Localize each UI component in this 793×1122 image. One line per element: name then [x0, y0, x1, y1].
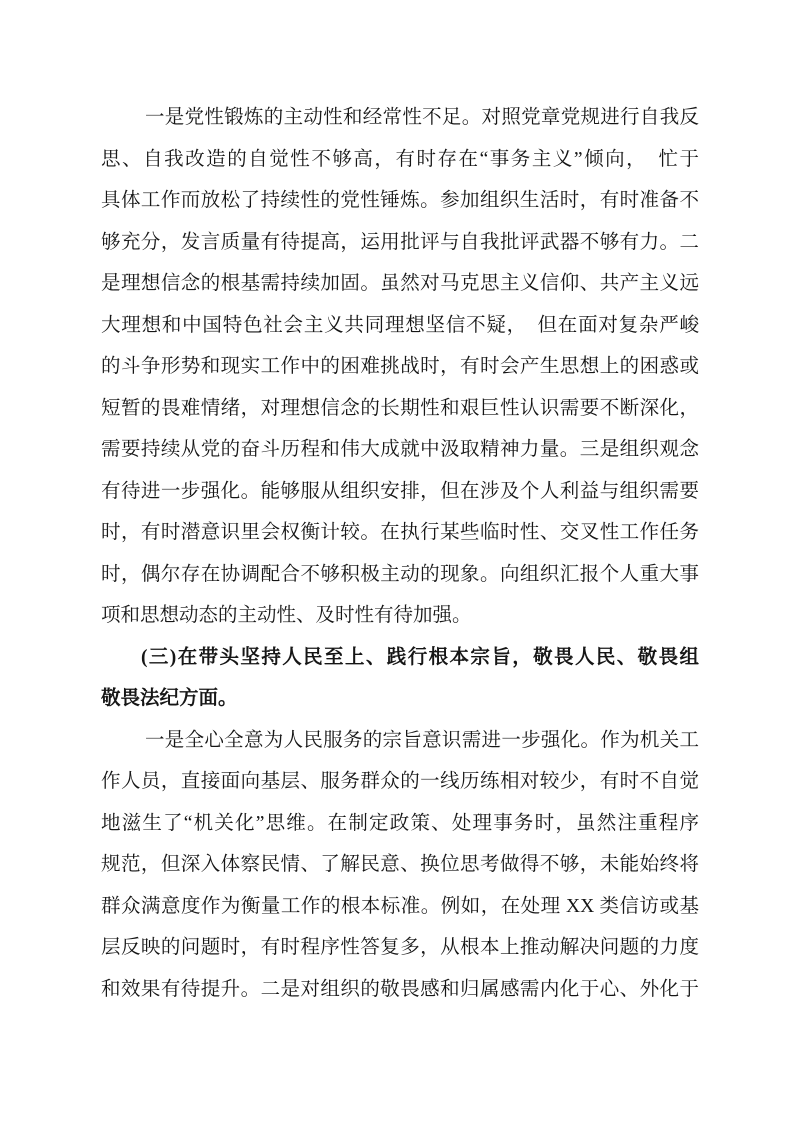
section-heading-3: (三)在带头坚持人民至上、践行根本宗旨，敬畏人民、敬畏组织、 敬畏法纪方面。	[101, 637, 699, 720]
text-line: 时，偶尔存在协调配合不够积极主动的现象。向组织汇报个人重大事	[101, 554, 699, 596]
document-page: 一是党性锻炼的主动性和经常性不足。对照党章党规进行自我反 思、自我改造的自觉性不…	[0, 0, 793, 1122]
text-line: 需要持续从党的奋斗历程和伟大成就中汲取精神力量。三是组织观念	[101, 429, 699, 471]
text-line: 具体工作而放松了持续性的党性锤炼。参加组织生活时，有时准备不	[101, 180, 699, 222]
text-line: 是理想信念的根基需持续加固。虽然对马克思主义信仰、共产主义远	[101, 263, 699, 305]
text-line: 一是全心全意为人民服务的宗旨意识需进一步强化。作为机关工	[101, 720, 699, 762]
text-line: 作人员，直接面向基层、服务群众的一线历练相对较少，有时不自觉	[101, 761, 699, 803]
text-line: 的斗争形势和现实工作中的困难挑战时，有时会产生思想上的困惑或	[101, 346, 699, 388]
text-line: 层反映的问题时，有时程序性答复多，从根本上推动解决问题的力度	[101, 927, 699, 969]
text-line: 短暂的畏难情绪，对理想信念的长期性和艰巨性认识需要不断深化，	[101, 388, 699, 430]
text-line: 一是党性锻炼的主动性和经常性不足。对照党章党规进行自我反	[101, 97, 699, 139]
text-line: 地滋生了“机关化”思维。在制定政策、处理事务时，虽然注重程序	[101, 803, 699, 845]
text-line: 时，有时潜意识里会权衡计较。在执行某些临时性、交叉性工作任务	[101, 512, 699, 554]
heading-line: 敬畏法纪方面。	[101, 678, 699, 720]
text-line: 思、自我改造的自觉性不够高，有时存在“事务主义”倾向， 忙于	[101, 139, 699, 181]
text-line: 项和思想动态的主动性、及时性有待加强。	[101, 595, 699, 637]
text-line: 大理想和中国特色社会主义共同理想坚信不疑， 但在面对复杂严峻	[101, 305, 699, 347]
heading-line: (三)在带头坚持人民至上、践行根本宗旨，敬畏人民、敬畏组织、	[101, 637, 699, 679]
paragraph-serve-people: 一是全心全意为人民服务的宗旨意识需进一步强化。作为机关工 作人员，直接面向基层、…	[101, 720, 699, 1011]
text-line: 规范，但深入体察民情、了解民意、换位思考做得不够，未能始终将	[101, 844, 699, 886]
text-line: 和效果有待提升。二是对组织的敬畏感和归属感需内化于心、外化于	[101, 969, 699, 1011]
text-line: 够充分，发言质量有待提高，运用批评与自我批评武器不够有力。二	[101, 222, 699, 264]
paragraph-party-spirit: 一是党性锻炼的主动性和经常性不足。对照党章党规进行自我反 思、自我改造的自觉性不…	[101, 97, 699, 637]
text-line: 有待进一步强化。能够服从组织安排，但在涉及个人利益与组织需要	[101, 471, 699, 513]
text-line: 群众满意度作为衡量工作的根本标准。例如，在处理 XX 类信访或基	[101, 886, 699, 928]
